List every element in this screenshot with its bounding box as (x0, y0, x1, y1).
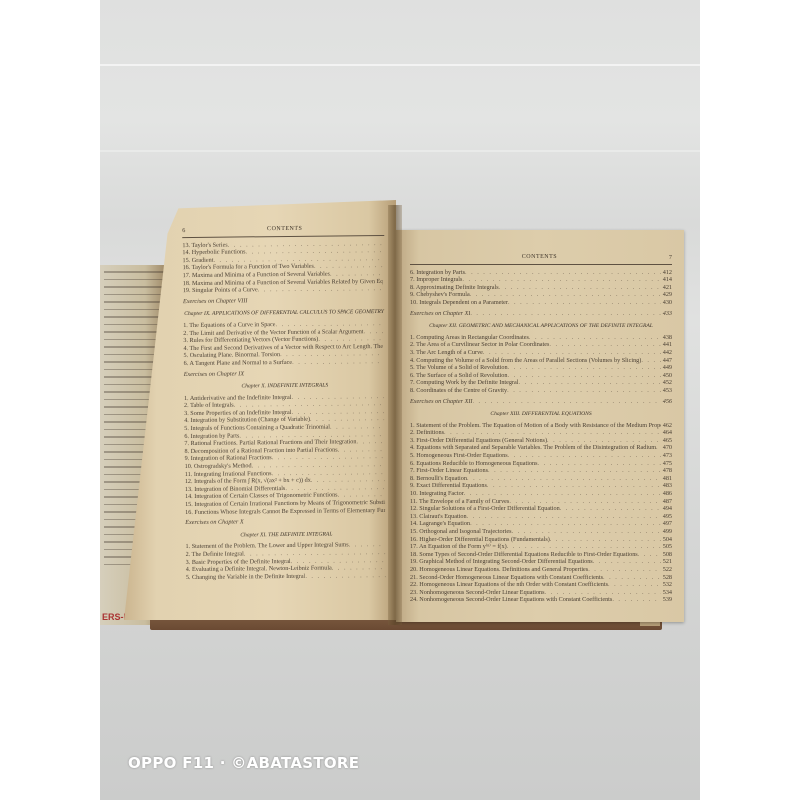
entry-page (383, 335, 385, 343)
entry-title: Integrating Irrational Functions (194, 470, 272, 478)
entry-page: 528 (661, 574, 672, 582)
entry-number: 6. (410, 372, 415, 379)
entry-page: 473 (661, 452, 672, 460)
entry-number: 2. (186, 551, 191, 558)
entry-title: Taylor's Series (191, 241, 227, 248)
leader-dots (487, 482, 661, 490)
leader-dots (603, 574, 661, 582)
entry-number: 16. (185, 509, 193, 516)
leader-dots (467, 513, 661, 521)
entry-number: 13. (410, 513, 418, 520)
leader-dots (508, 299, 661, 307)
left-page-toc: 6 CONTENTS 13. Taylor's Series14. Hyperb… (182, 225, 388, 581)
entry-page: 462 (661, 422, 672, 430)
entry-page (386, 572, 388, 580)
entry-number: 7. (410, 379, 415, 386)
entry-title: Homogeneous First-Order Equations (416, 452, 507, 459)
entry-title: Integration by Parts (190, 432, 239, 440)
entry-number: 5. (410, 364, 415, 371)
entry-number: 8. (410, 475, 415, 482)
entry-page: 522 (661, 566, 672, 574)
entry-page (384, 423, 386, 431)
chapter-heading: Chapter IX. APPLICATIONS OF DIFFERENTIAL… (183, 309, 385, 319)
toc-entry: 6. Integration by Parts412 (410, 269, 672, 277)
entry-page: 449 (661, 364, 672, 372)
leader-dots (512, 528, 661, 536)
entry-title: Integrating Factor (419, 490, 464, 497)
entry-title: Singular Points of a Curve (192, 286, 258, 294)
toc-entry: 3. The Arc Length of a Curve442 (410, 349, 672, 357)
entry-title: Bernoulli's Equation (416, 475, 467, 482)
entry-title: Functions Whose Integrals Cannot Be Expr… (194, 507, 385, 516)
leader-dots (444, 429, 661, 437)
toc-entry: 16. Functions Whose Integrals Cannot Be … (185, 507, 387, 517)
entry-number: 17. (183, 272, 191, 279)
entry-number: 3. (184, 410, 189, 417)
toc-entry: 20. Homogeneous Linear Equations. Defini… (410, 566, 672, 574)
entry-number: 8. (410, 387, 415, 394)
entry-number: 5. (184, 425, 189, 432)
entry-number: 11. (185, 471, 193, 478)
cloth-fold (100, 64, 700, 66)
leader-dots (508, 372, 661, 380)
entry-number: 9. (410, 482, 415, 489)
leader-dots (292, 358, 383, 367)
entry-number: 3. (183, 337, 188, 344)
entry-page: 414 (661, 276, 672, 284)
entry-page (383, 320, 385, 328)
entry-title: The Equations of a Curve in Space (189, 321, 275, 329)
entry-title: Computing Areas in Rectangular Coordinat… (416, 334, 529, 341)
chapter-heading: Chapter XIII. DIFFERENTIAL EQUATIONS (410, 411, 672, 419)
entry-number: 4. (186, 566, 191, 573)
entry-number: 2. (184, 402, 189, 409)
entry-number: 8. (184, 448, 189, 455)
entry-number: 20. (410, 566, 418, 573)
toc-entry: 11. The Envelope of a Family of Curves48… (410, 498, 672, 506)
entry-title: Statement of the Problem. The Equation o… (416, 422, 661, 429)
leader-dots (483, 349, 661, 357)
entry-page: 438 (661, 334, 672, 342)
entry-title: The Envelope of a Family of Curves (419, 498, 509, 505)
entry-title: Integration by Parts (416, 269, 465, 276)
leader-dots (508, 364, 661, 372)
leader-dots (464, 490, 661, 498)
entry-page (385, 491, 387, 499)
entry-page (384, 358, 386, 366)
cloth-fold (100, 150, 700, 152)
entry-title: Coordinates of the Centre of Gravity (416, 387, 507, 394)
entry-page: 508 (661, 551, 672, 559)
page-number: 7 (669, 254, 672, 262)
leader-dots (550, 536, 661, 544)
leader-dots (608, 581, 661, 589)
left-white-border (0, 0, 100, 800)
leader-dots (508, 452, 661, 460)
toc-entry: 1. Statement of the Problem. The Equatio… (410, 422, 672, 430)
entry-number: 3. (186, 559, 191, 566)
entry-title: The Definite Integral (192, 550, 244, 558)
toc-entry: 3. First-Order Differential Equations (G… (410, 437, 672, 445)
entry-title: Some Types of Second-Order Differential … (419, 551, 637, 558)
entry-number: 14. (410, 520, 418, 527)
toc-entry: 18. Some Types of Second-Order Different… (410, 551, 672, 559)
entry-page (382, 247, 384, 255)
entry-number: 5. (186, 574, 191, 581)
entry-number: 7. (410, 467, 415, 474)
exercises-line: Exercises on Chapter VIII (183, 296, 385, 306)
leader-dots (641, 357, 660, 365)
entry-number: 10. (410, 299, 418, 306)
entry-page: 478 (661, 467, 672, 475)
entry-title: First-Order Differential Equations (Gene… (416, 437, 547, 444)
entry-page (382, 240, 384, 248)
entry-number: 1. (410, 334, 415, 341)
entry-number: 9. (410, 291, 415, 298)
entry-title: Improper Integrals (416, 276, 462, 283)
entry-page (384, 446, 386, 454)
entry-number: 18. (410, 551, 418, 558)
entry-number: 2. (183, 330, 188, 337)
entry-number: 5. (183, 352, 188, 359)
leader-dots (612, 596, 660, 604)
leader-dots (509, 498, 660, 506)
toc-entry: 7. Improper Integrals414 (410, 276, 672, 284)
entry-title: A Tangent Plane and Normal to a Surface (189, 359, 292, 367)
leader-dots (258, 285, 383, 294)
toc-entry: 17. An Equation of the Form y⁽ⁿ⁾ = f(x)5… (410, 543, 672, 551)
entry-page (383, 350, 385, 358)
entry-page: 539 (661, 596, 672, 604)
entry-number: 1. (184, 395, 189, 402)
entry-number: 12. (185, 478, 193, 485)
entry-page: 464 (661, 429, 672, 437)
entry-page (383, 262, 385, 270)
entry-page (384, 438, 386, 446)
entry-title: Orthogonal and Isogonal Trajectories (419, 528, 511, 535)
entry-page: 442 (661, 349, 672, 357)
entry-number: 4. (410, 357, 415, 364)
entry-page (385, 484, 387, 492)
toc-entry: 22. Homogeneous Linear Equations of the … (410, 581, 672, 589)
entry-page: 453 (661, 387, 672, 395)
entry-page: 532 (661, 581, 672, 589)
leader-dots (305, 572, 386, 580)
entry-title: Chebyshev's Formula (416, 291, 470, 298)
entry-title: Singular Solutions of a First-Order Diff… (419, 505, 559, 512)
leader-dots (529, 334, 661, 342)
leader-dots (547, 437, 661, 445)
entry-page: 421 (661, 284, 672, 292)
toc-entry: 2. Definitions464 (410, 429, 672, 437)
entry-page: 452 (661, 379, 672, 387)
entry-number: 19. (410, 558, 418, 565)
entry-page: 481 (661, 475, 672, 483)
entry-page (384, 400, 386, 408)
toc-entry: 7. First-Order Linear Equations478 (410, 467, 672, 475)
camera-watermark: OPPO F11 · ©ABATASTORE (128, 754, 359, 772)
entry-number: 3. (410, 349, 415, 356)
entry-number: 15. (185, 501, 193, 508)
header-rule (182, 235, 384, 238)
entry-number: 19. (183, 287, 191, 294)
entry-title: Integration of Rational Fractions (191, 455, 272, 463)
entry-page (383, 327, 385, 335)
entry-title: Homogeneous Linear Equations of the nth … (419, 581, 608, 588)
toc-entry: 19. Singular Points of a Curve (183, 285, 385, 295)
toc-entry: 10. Integrals Dependent on a Parameter43… (410, 299, 672, 307)
leader-dots (519, 379, 661, 387)
entry-number: 1. (185, 543, 190, 550)
chapter-heading: Chapter X. INDEFINITE INTEGRALS (184, 382, 386, 392)
entry-number: 16. (410, 536, 418, 543)
entry-page (386, 556, 388, 564)
entry-title: Table of Integrals (190, 402, 234, 409)
page-number: 6 (182, 227, 185, 235)
toc-entry: 5. The Volume of a Solid of Revolution44… (410, 364, 672, 372)
entry-number: 7. (410, 276, 415, 283)
entry-page: 494 (661, 505, 672, 513)
leader-dots (593, 558, 661, 566)
entry-page (385, 541, 387, 549)
toc-entry: 8. Coordinates of the Centre of Gravity4… (410, 387, 672, 395)
toc-entry: 15. Orthogonal and Isogonal Trajectories… (410, 528, 672, 536)
entry-title: Approximating Definite Integrals (416, 284, 499, 291)
entry-page: 505 (661, 543, 672, 551)
entry-page (385, 453, 387, 461)
entry-page: 497 (661, 520, 672, 528)
entry-title: Hyperbolic Functions (192, 249, 246, 257)
entry-title: Computing Work by the Definite Integral (416, 379, 518, 386)
entry-number: 23. (410, 589, 418, 596)
entry-number: 14. (185, 493, 193, 500)
toc-entry: 13. Clairaut's Equation495 (410, 513, 672, 521)
toc-entry: 9. Chebyshev's Formula429 (410, 291, 672, 299)
toc-entry: 4. Equations with Separated and Separabl… (410, 444, 672, 452)
entry-page: 465 (661, 437, 672, 445)
entry-title: Higher-Order Differential Equations (Fun… (419, 536, 550, 543)
toc-entry: 23. Nonhomogeneous Second-Order Linear E… (410, 589, 672, 597)
entry-title: Homogeneous Linear Equations. Definition… (419, 566, 588, 573)
entry-page: 504 (661, 536, 672, 544)
entry-page: 429 (661, 291, 672, 299)
exercises-line: Exercises on Chapter X (185, 517, 387, 527)
toc-entry: 2. The Area of a Curvilinear Sector in P… (410, 341, 672, 349)
entry-page: 521 (661, 558, 672, 566)
entry-number: 12. (410, 505, 418, 512)
toc-entry: 6. The Surface of a Solid of Revolution4… (410, 372, 672, 380)
entry-title: The Area of a Curvilinear Sector in Pola… (416, 341, 549, 348)
entry-title: Lagrange's Equation (419, 520, 470, 527)
leader-dots (462, 276, 660, 284)
entry-page (382, 255, 384, 263)
entry-number: 10. (410, 490, 418, 497)
entry-number: 3. (410, 437, 415, 444)
leader-dots (488, 467, 661, 475)
entry-number: 9. (185, 455, 190, 462)
toc-entry: 4. Computing the Volume of a Solid from … (410, 357, 672, 365)
toc-entry: 1. Computing Areas in Rectangular Coordi… (410, 334, 672, 342)
entry-page: 450 (661, 372, 672, 380)
entry-page (385, 469, 387, 477)
toc-entry: 6. Equations Reducible to Homogeneous Eq… (410, 460, 672, 468)
toc-entry: 10. Integrating Factor486 (410, 490, 672, 498)
entry-page (385, 507, 387, 515)
entry-number: 22. (410, 581, 418, 588)
entry-number: 6. (410, 460, 415, 467)
entry-number: 18. (183, 280, 191, 287)
toc-entry: 7. Computing Work by the Definite Integr… (410, 379, 672, 387)
entry-page: 470 (661, 444, 672, 452)
entry-title: Nonhomogeneous Second-Order Linear Equat… (419, 596, 612, 603)
entry-number: 4. (184, 417, 189, 424)
entry-page (384, 408, 386, 416)
toc-entry: 24. Nonhomogeneous Second-Order Linear E… (410, 596, 672, 604)
entry-number: 21. (410, 574, 418, 581)
entry-number: 24. (410, 596, 418, 603)
toc-entry: 9. Exact Differential Equations483 (410, 482, 672, 490)
entry-page: 441 (661, 341, 672, 349)
book-gutter (388, 205, 402, 625)
entry-number: 6. (184, 433, 189, 440)
toc-entry: 6. A Tangent Plane and Normal to a Surfa… (184, 358, 386, 368)
entry-page: 534 (661, 589, 672, 597)
entry-number: 17. (410, 543, 418, 550)
entry-page (384, 393, 386, 401)
entry-number: 13. (182, 242, 190, 249)
entry-page (384, 431, 386, 439)
entry-number: 13. (185, 486, 193, 493)
entry-number: 4. (183, 345, 188, 352)
entry-page: 483 (661, 482, 672, 490)
right-white-border (700, 0, 800, 800)
exercises-line: Exercises on Chapter XII456 (410, 398, 672, 406)
entry-title: Ostrogradsky's Method (194, 462, 252, 470)
entry-title: Changing the Variable in the Definite In… (192, 573, 305, 581)
entry-title: Computing the Volume of a Solid from the… (416, 357, 641, 364)
entry-title: Gradient (192, 257, 214, 264)
leader-dots (465, 269, 661, 277)
entry-page (383, 343, 385, 351)
entry-title: Second-Order Homogeneous Linear Equation… (419, 574, 603, 581)
entry-number: 8. (410, 284, 415, 291)
entry-number: 1. (410, 422, 415, 429)
entry-number: 16. (183, 264, 191, 271)
chapter-heading: Chapter XII. GEOMETRIC AND MECHANICAL AP… (410, 323, 672, 331)
leader-dots (467, 475, 661, 483)
entry-page (385, 461, 387, 469)
entry-title: Equations with Separated and Separable V… (416, 444, 656, 451)
leader-dots (507, 387, 661, 395)
entry-page (383, 285, 385, 293)
toc-entry: 12. Singular Solutions of a First-Order … (410, 505, 672, 513)
entry-number: 15. (182, 257, 190, 264)
toc-entry: 19. Graphical Method of Integrating Seco… (410, 558, 672, 566)
toc-entry: 16. Higher-Order Differential Equations … (410, 536, 672, 544)
entry-number: 14. (182, 249, 190, 256)
leader-dots (470, 520, 661, 528)
entry-number: 5. (410, 452, 415, 459)
entry-title: The Arc Length of a Curve (416, 349, 483, 356)
leader-dots (560, 505, 661, 513)
toc-entry: 21. Second-Order Homogeneous Linear Equa… (410, 574, 672, 582)
toc-entry: 5. Homogeneous First-Order Equations473 (410, 452, 672, 460)
entry-title: First-Order Linear Equations (416, 467, 488, 474)
running-head: CONTENTS (267, 226, 302, 234)
entry-number: 2. (410, 429, 415, 436)
entry-page (385, 476, 387, 484)
entry-title: The Volume of a Solid of Revolution (416, 364, 508, 371)
entry-title: The Surface of a Solid of Revolution (416, 372, 507, 379)
leader-dots (638, 551, 661, 559)
entry-number: 15. (410, 528, 418, 535)
running-head: CONTENTS (522, 254, 557, 262)
entry-number: 2. (410, 341, 415, 348)
entry-title: Clairaut's Equation (419, 513, 466, 520)
entry-title: Nonhomogeneous Second-Order Linear Equat… (419, 589, 544, 596)
entry-title: An Equation of the Form y⁽ⁿ⁾ = f(x) (419, 543, 507, 550)
toc-entry: 8. Bernoulli's Equation481 (410, 475, 672, 483)
leader-dots (470, 291, 661, 299)
chapter-heading: Chapter XI. THE DEFINITE INTEGRAL (185, 531, 387, 541)
entry-page (383, 270, 385, 278)
entry-page: 495 (661, 513, 672, 521)
entry-number: 11. (410, 498, 418, 505)
entry-page (386, 549, 388, 557)
leader-dots (545, 589, 661, 597)
entry-page (385, 499, 387, 507)
toc-entry: 8. Approximating Definite Integrals421 (410, 284, 672, 292)
leader-dots (507, 543, 661, 551)
entry-number: 6. (410, 269, 415, 276)
leader-dots (588, 566, 661, 574)
entry-title: Graphical Method of Integrating Second-O… (419, 558, 592, 565)
entry-page: 447 (661, 357, 672, 365)
entry-number: 4. (410, 444, 415, 451)
exercises-line: Exercises on Chapter XI433 (410, 310, 672, 318)
entry-page: 412 (661, 269, 672, 277)
header-rule (410, 264, 672, 265)
entry-title: Exact Differential Equations (416, 482, 487, 489)
entry-number: 10. (185, 463, 193, 470)
toc-entry: 14. Lagrange's Equation497 (410, 520, 672, 528)
entry-number: 1. (183, 322, 188, 329)
entry-page: 499 (661, 528, 672, 536)
entry-page (386, 564, 388, 572)
entry-page: 430 (661, 299, 672, 307)
entry-page (383, 278, 385, 286)
entry-number: 7. (184, 440, 189, 447)
entry-title: Integrals Dependent on a Parameter (419, 299, 508, 306)
exercises-line: Exercises on Chapter IX (184, 368, 386, 378)
entry-number: 6. (184, 360, 189, 367)
entry-page: 487 (661, 498, 672, 506)
leader-dots (549, 341, 660, 349)
entry-title: Equations Reducible to Homogeneous Equat… (416, 460, 537, 467)
entry-page: 486 (661, 490, 672, 498)
entry-page: 475 (661, 460, 672, 468)
leader-dots (499, 284, 661, 292)
entry-page (384, 415, 386, 423)
leader-dots (538, 460, 661, 468)
right-page-toc: CONTENTS 7 6. Integration by Parts4127. … (410, 254, 672, 604)
entry-title: Definitions (416, 429, 444, 436)
